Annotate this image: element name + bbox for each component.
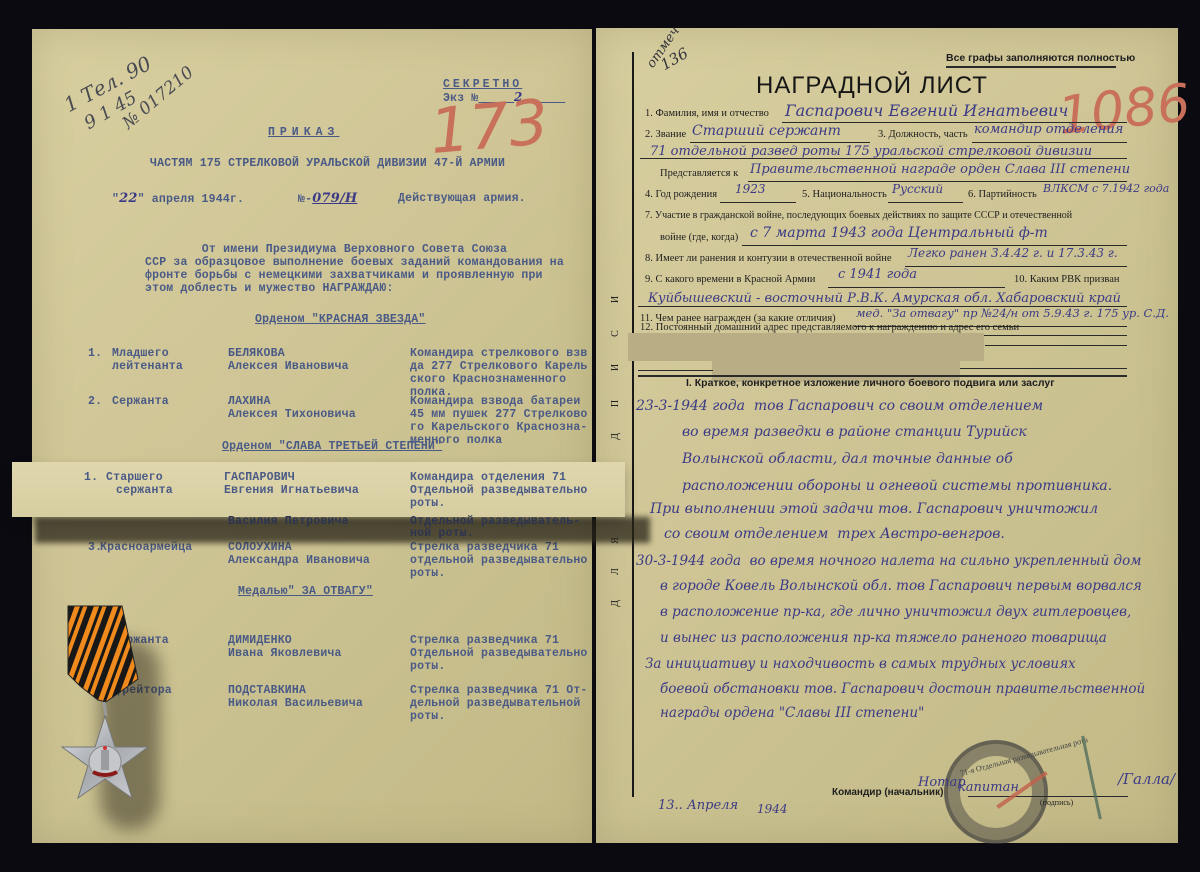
field-line [638,370,713,371]
highlighted-entry-gasparovich: 1. Старшего сержанта ГАСПАРОВИЧ Евгения … [12,462,625,517]
order-issuer: ЧАСТЯМ 175 СТРЕЛКОВОЙ УРАЛЬСКОЙ ДИВИЗИИ … [150,157,505,170]
order-of-glory-medal-image [50,604,160,804]
field-8-value: Легко ранен 3.4.42 г. и 17.3.43 г. [908,246,1118,260]
entry-position: дельной разведывательной [410,697,580,710]
entry-position: роты. [410,660,446,673]
entry-position: Командира взвода батареи [410,395,580,408]
order-number: 079/Н [312,191,357,206]
field-10-label: 10. Каким РВК призван [1014,274,1119,285]
entry-position: ной роты. [410,527,474,540]
field-10-value: Куйбышевский - восточный Р.В.К. Амурская… [648,291,1121,306]
entry-position: Отдельной разведывательно [410,484,588,497]
entry-position: роты. [410,567,446,580]
narrative-line-10: и вынес из расположения пр-ка тяжело ран… [660,630,1107,646]
entry-surname: БЕЛЯКОВА [228,347,285,360]
instruction-underline [946,66,1116,68]
field-1-value: Гаспарович Евгений Игнатьевич [785,101,1068,120]
order-date-day: 22 [119,191,138,206]
section-title-glory: Орденом "СЛАВА ТРЕТЬЕЙ СТЕПЕНИ" [222,440,442,453]
field-line [980,335,1127,336]
presented-label: Представляется к [660,168,738,179]
entry-rank: сержанта [116,484,173,497]
narrative-line-7: 30-3-1944 года во время ночного налета н… [636,553,1141,569]
entry-surname: ПОДСТАВКИНА [228,684,306,697]
field-2-label: 2. Звание [645,129,686,140]
entry-given-name: Василия Петровича [228,515,349,528]
margin-letter: И [610,296,621,303]
signature-caption: (подпись) [1040,798,1073,807]
field-12-label: 12. Постоянный домашний адрес представля… [640,322,1019,333]
section-title-for-courage: Медалью" ЗА ОТВАГУ" [238,585,373,598]
entry-given-name: Алексея Ивановича [228,360,349,373]
narrative-line-3: Волынской области, дал точные данные об [682,451,1013,467]
field-line [828,287,1005,288]
margin-letter: Д [610,600,621,607]
order-number-row: №-079/Н [298,192,357,206]
narrative-line-8: в городе Ковель Волынской обл. тов Гаспа… [660,578,1142,594]
field-3-value: командир отделения [974,122,1123,137]
narrative-line-5: При выполнении этой задачи тов. Гаспаров… [650,501,1098,517]
entry-position: Стрелка разведчика 71 [410,634,559,647]
entry-position: Стрелка разведчика 71 От- [410,684,588,697]
field-line [888,202,963,203]
sheet-date: 13.. Апреля [658,798,738,813]
field-11-value: мед. "За отвагу" пр №24/н от 5.9.43 г. 1… [856,306,1169,320]
preamble-line-1: От имени Президиума Верховного Совета Со… [145,243,507,256]
entry-position: го Карельского Краснозна- [410,421,588,434]
field-4-label: 4. Год рождения [645,189,717,200]
signature-line [968,796,1128,797]
order-date-rest: " апреля 1944г. [138,193,245,206]
entry-given-name: Николая Васильевича [228,697,363,710]
narrative-line-9: в расположение пр-ка, где лично уничтожи… [660,604,1131,620]
preamble-line-3: фронте борьбы с немецкими захватчиками и… [145,269,543,282]
preamble-line-2: ССР за образцовое выполнение боевых зада… [145,256,564,269]
field-3-value-cont: 71 отдельной развед роты 175 уральской с… [650,144,1092,159]
entry-position: отдельной разведывательно [410,554,588,567]
entry-position: 45 мм пушек 277 Стрелково [410,408,588,421]
entry-position: да 277 Стрелкового Карель [410,360,588,373]
signature-name: /Галла/ [1118,770,1175,788]
entry-given-name: Евгения Игнатьевича [224,484,359,497]
sheet-date-year: 1944 [757,802,788,816]
narrative-line-4: расположении обороны и огневой системы п… [682,478,1112,494]
entry-num: 1. [84,471,98,484]
entry-position: роты. [410,710,446,723]
narrative-line-2: во время разведки в районе станции Турий… [682,424,1027,440]
entry-position: роты. [410,497,446,510]
narrative-line-1: 23-3-1944 года тов Гаспарович со своим о… [636,398,1043,414]
field-7-label-2: войне (где, когда) [660,232,738,243]
field-5-label: 5. Национальность [802,189,887,200]
entry-given-name: Александра Ивановича [228,554,370,567]
margin-letter: И [610,364,621,371]
entry-given-name: Алексея Тихоновича [228,408,356,421]
entry-rank: Младшего [112,347,169,360]
entry-surname: ГАСПАРОВИЧ [224,471,295,484]
field-6-value: ВЛКСМ с 7.1942 года [1043,182,1169,195]
entry-given-name: Ивана Яковлевича [228,647,342,660]
order-location: Действующая армия. [398,192,526,205]
margin-letter: Л [610,568,621,575]
entry-num: 1. [88,347,102,360]
entry-surname: ДИМИДЕНКО [228,634,292,647]
narrative-line-13: награды ордена "Славы III степени" [660,705,924,721]
margin-rule [632,52,634,797]
field-8-label: 8. Имеет ли ранения и контузии в отечест… [645,253,891,264]
field-line [985,345,1127,346]
field-6-label: 6. Партийность [968,189,1037,200]
margin-letter: П [610,400,621,407]
signature-rank: капитан [958,780,1019,795]
redacted-address-block-1 [628,333,984,361]
order-heading: ПРИКАЗ [268,126,339,139]
entry-position: Командира стрелкового взв [410,347,588,360]
entry-position: Отдельной разведывательно [410,647,588,660]
field-5-value: Русский [892,182,943,196]
field-line [960,368,1127,369]
award-sheet-title: НАГРАДНОЙ ЛИСТ [756,72,988,100]
entry-position: ского Краснознаменного [410,373,566,386]
field-line [690,142,870,143]
entry-position: Командира отделения 71 [410,471,566,484]
field-3-label: 3. Должность, часть [878,129,968,140]
field-line [640,158,1127,159]
field-7-label-1: 7. Участие в гражданской войне, последую… [645,210,1072,221]
preamble-line-4: этом доблесть и мужество НАГРАЖДАЮ: [145,282,394,295]
section-title-red-star: Орденом "КРАСНАЯ ЗВЕЗДА" [255,313,425,326]
field-line [972,142,1127,143]
entry-num: 2. [88,395,102,408]
entry-rank: лейтенанта [112,360,183,373]
entry-rank: Сержанта [112,395,169,408]
narrative-line-11: За инициативу и находчивость в самых тру… [645,656,1076,672]
field-line [720,202,796,203]
field-line [905,266,1127,267]
field-1-label: 1. Фамилия, имя и отчество [645,108,769,119]
narrative-line-12: боевой обстановки тов. Гаспарович достои… [660,681,1145,697]
entry-surname: ЛАХИНА [228,395,271,408]
instruction-text: Все графы заполняются полностью [946,52,1135,64]
entry-rank: Старшего [106,471,163,484]
presented-value: Правительственной награде орден Слава II… [750,162,1130,177]
order-date-row: "22" апреля 1944г. [112,192,244,206]
field-2-value: Старший сержант [692,123,841,139]
field-9-value: с 1941 года [838,267,917,282]
narrative-line-6: со своим отделением трех Австро-венгров. [664,526,1005,542]
field-7-value: с 7 марта 1943 года Центральный ф-т [750,225,1048,241]
section-title-deed: I. Краткое, конкретное изложение личного… [686,377,1055,389]
red-pencil-mark-left: 173 [427,90,550,164]
margin-letter: Д [610,433,621,440]
margin-letter: С [610,330,621,337]
field-4-value: 1923 [735,182,766,196]
field-9-label: 9. С какого времени в Красной Армии [645,274,815,285]
medal-icon [50,604,160,804]
